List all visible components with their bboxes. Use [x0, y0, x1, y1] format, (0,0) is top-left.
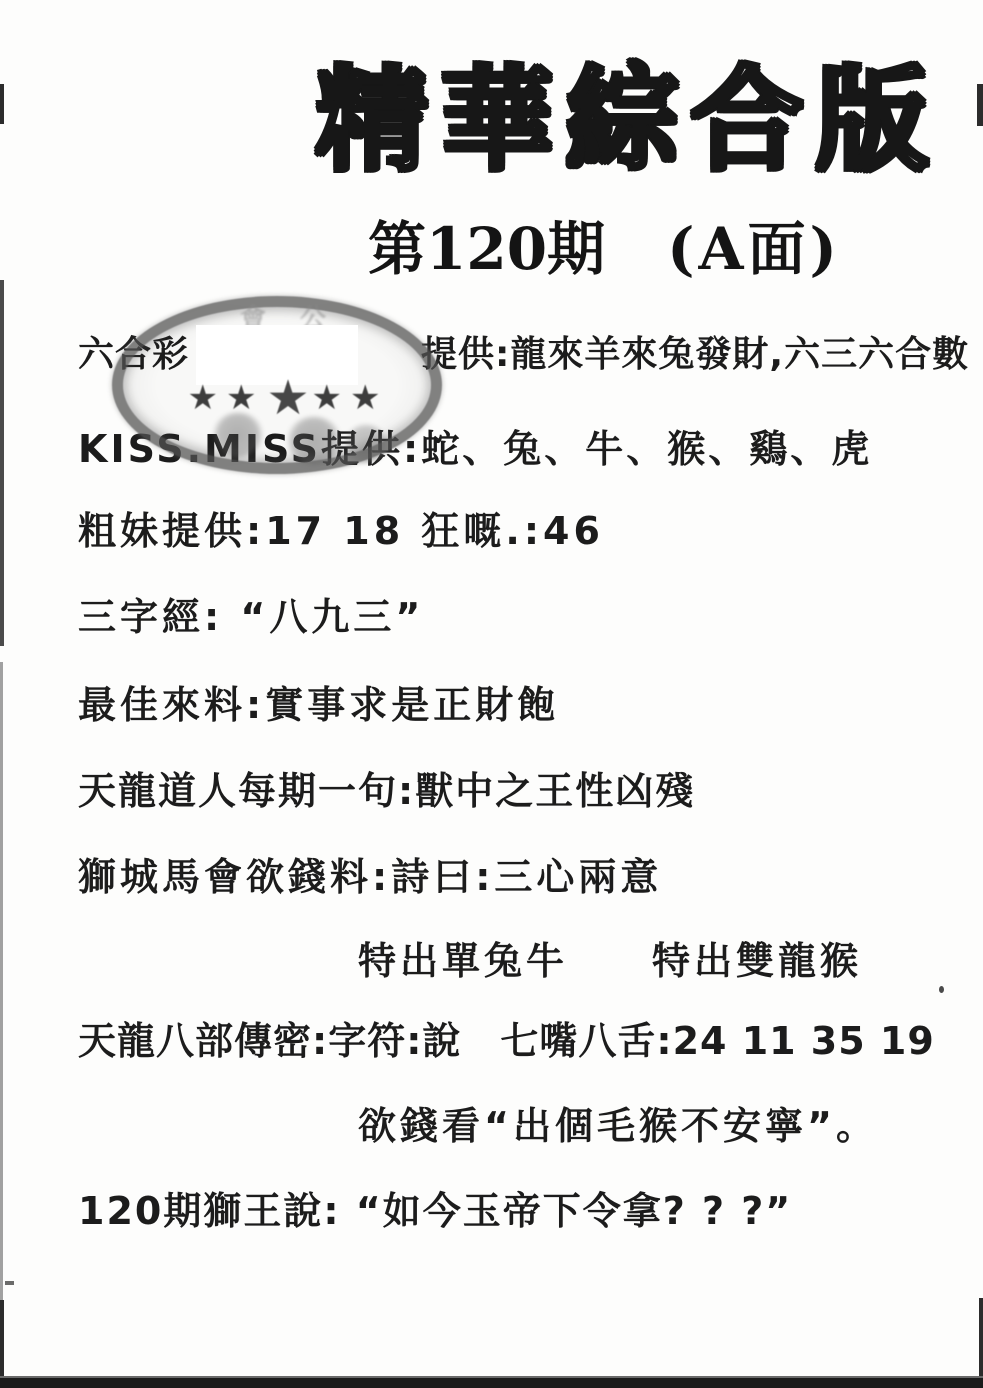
tip-line-cumei: 粗妹提供:17 18 狂嘅.:46 — [78, 500, 604, 555]
tip-line-tianlong-daoren: 天龍道人每期一句:獸中之王性凶殘 — [78, 760, 695, 815]
tip-line-tianlong-babu: 天龍八部傳密:字符:說 七嘴八舌:24 11 35 19 — [78, 1010, 935, 1065]
side-label: (A面) — [667, 215, 841, 283]
stamp-stars: ★★ ★ ★★ — [168, 374, 408, 422]
scan-edge-strip-left-bottom — [0, 1300, 4, 1388]
scan-stray-dot — [939, 986, 944, 993]
tip-line-kiss-miss: KISS.MISS提供:蛇、兔、牛、猴、鷄、虎 — [78, 418, 872, 473]
scan-edge-strip-left-upper — [0, 280, 4, 646]
stamp-stars-right: ★★ — [312, 378, 389, 418]
tip-line-best-material: 最佳來料:實事求是正財飽 — [78, 674, 559, 729]
stamp-stars-left: ★★ — [188, 378, 265, 418]
tip-line-sanzijing: 三字經: “八九三” — [78, 586, 424, 641]
scanned-lottery-tip-sheet: 精華綜合版 第120期(A面) 六合彩 提供:龍來羊來兔發財,六三六合數 KIS… — [0, 0, 983, 1388]
scan-edge-strip-right-bottom — [979, 1298, 983, 1388]
scan-bottom-band — [0, 1376, 983, 1388]
tip-line-yuqian-kan: 欲錢看“出個毛猴不安寧”。 — [358, 1095, 878, 1150]
stamp-ink-blotch — [344, 424, 388, 464]
issue-number: 第120期 — [368, 215, 605, 283]
stamp-ink-blotch — [212, 412, 264, 458]
tip-line-1-prefix: 六合彩 — [78, 326, 189, 377]
tip-line-special-out: 特出單兔牛 特出雙龍猴 — [358, 930, 862, 985]
issue-row: 第120期(A面) — [368, 202, 841, 286]
tip-line-shicheng-mahui: 獅城馬會欲錢料:詩曰:三心兩意 — [78, 846, 662, 901]
scan-edge-strip-left-lower — [0, 662, 3, 1302]
stamp-star-center: ★ — [266, 374, 309, 422]
stamp-ink-blotch — [286, 416, 342, 466]
scan-edge-mark-top-left — [0, 84, 4, 124]
scan-edge-dash-left — [5, 1281, 14, 1285]
tip-line-1-suffix: 提供:龍來羊來兔發財,六三六合數 — [421, 326, 969, 377]
tip-line-lion-king: 120期獅王說: “如今玉帝下令拿? ? ?” — [78, 1180, 792, 1235]
page-title: 精華綜合版 — [316, 60, 941, 183]
scan-edge-mark-top-right — [977, 84, 983, 126]
